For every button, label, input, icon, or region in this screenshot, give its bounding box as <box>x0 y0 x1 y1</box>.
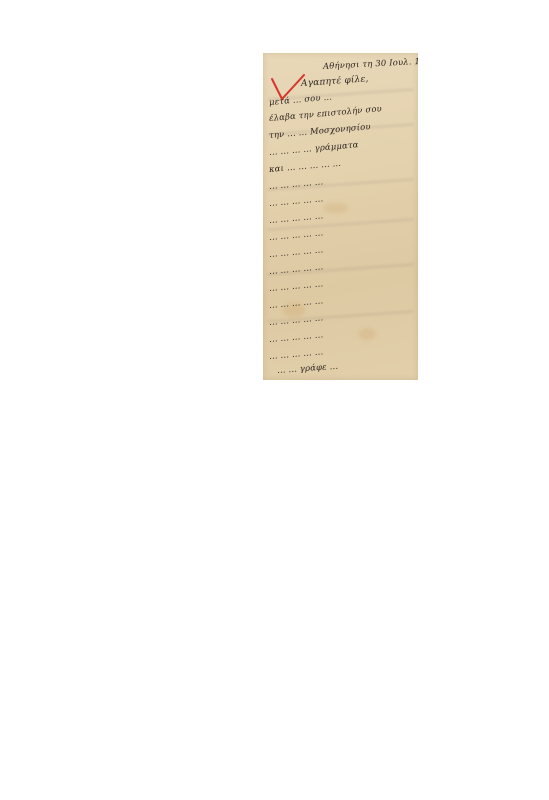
page-background: Αθήνησι τη 30 Ιουλ. 1/8 Αγαπητέ φίλε, με… <box>0 0 549 800</box>
handwritten-letter: Αθήνησι τη 30 Ιουλ. 1/8 Αγαπητέ φίλε, με… <box>263 53 418 380</box>
